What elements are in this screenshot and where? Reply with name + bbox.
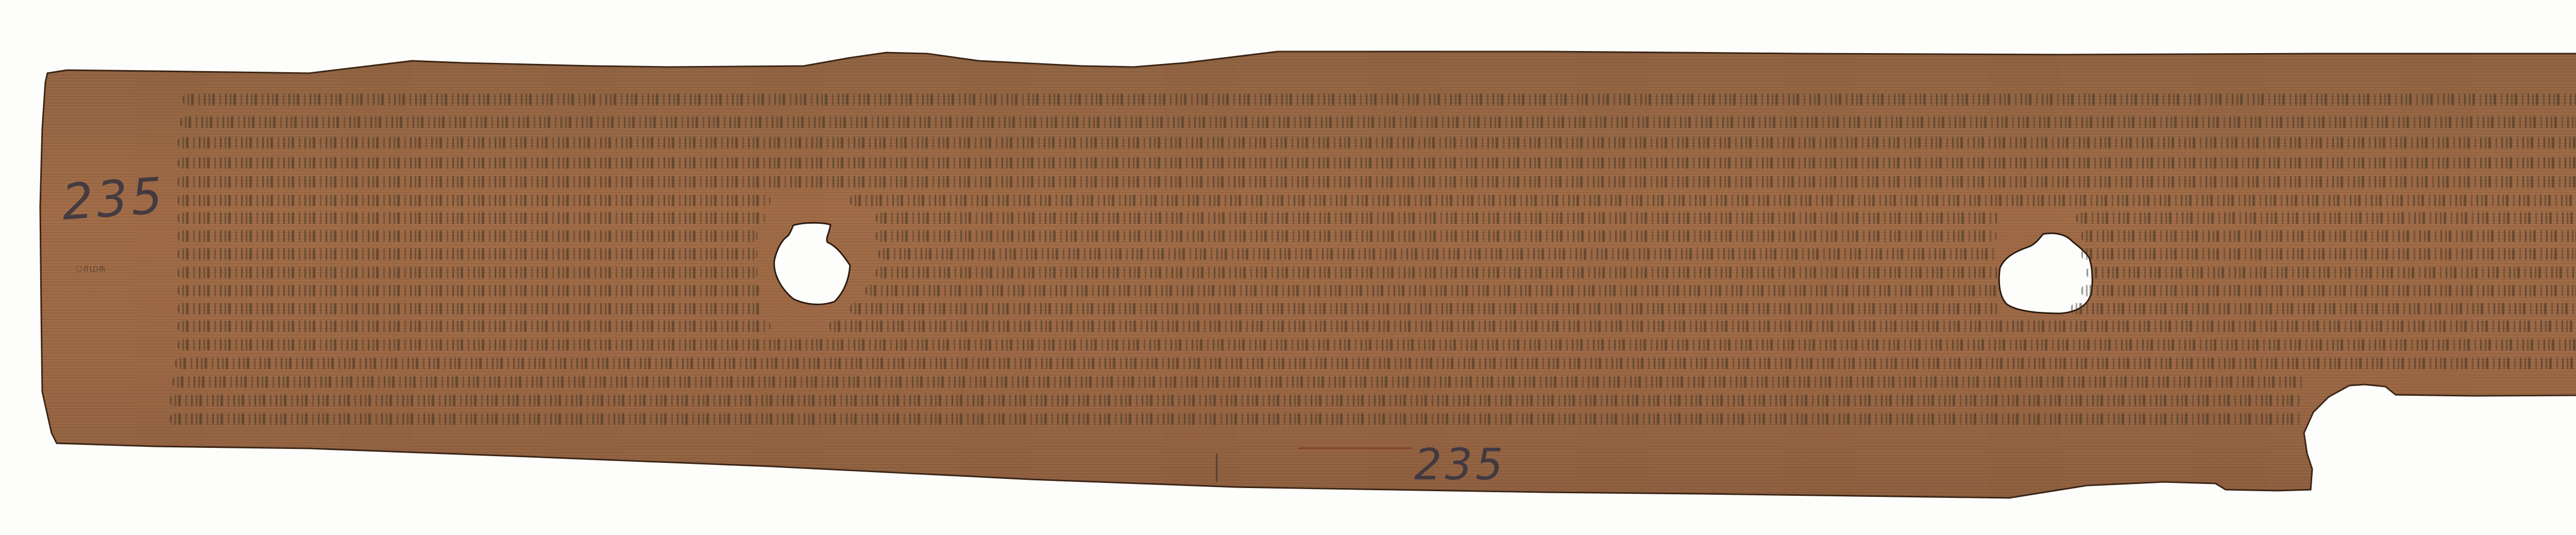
margin-note: ாமசு (75, 262, 106, 276)
text-line (2076, 212, 2576, 224)
text-line (2081, 285, 2576, 296)
handwritten-folio-bottom: 235 (1414, 439, 1506, 490)
text-line (178, 157, 2576, 169)
scan-background: 235 2 3 5 235 ாமசு 235 (0, 0, 2576, 535)
text-line (170, 395, 2303, 406)
text-line (2071, 303, 2576, 314)
text-line (850, 303, 1999, 314)
text-line (178, 248, 757, 260)
text-line (829, 321, 2576, 332)
text-line (876, 267, 1999, 278)
text-line (876, 230, 1996, 242)
ruled-line (1298, 447, 1412, 449)
text-line (178, 195, 770, 206)
text-line (866, 285, 1999, 296)
text-line (178, 137, 2576, 148)
text-line (2087, 267, 2576, 278)
text-line (878, 248, 1996, 260)
text-line (180, 116, 2576, 128)
bracket-mark (1216, 454, 1217, 482)
text-line (178, 212, 765, 224)
text-line (178, 285, 760, 296)
text-line (178, 303, 762, 314)
text-line (178, 267, 757, 278)
text-line (178, 339, 2576, 350)
handwritten-folio-left: 235 (60, 166, 167, 231)
text-line (178, 176, 2576, 188)
text-line (876, 212, 1999, 224)
text-line (2081, 230, 2576, 242)
text-line (178, 230, 757, 242)
text-line (178, 321, 770, 332)
text-line (183, 94, 2576, 105)
text-line (175, 358, 2576, 369)
text-line (173, 376, 2306, 388)
text-line (2081, 248, 2576, 260)
text-line (850, 195, 2576, 206)
text-line (170, 413, 2303, 425)
